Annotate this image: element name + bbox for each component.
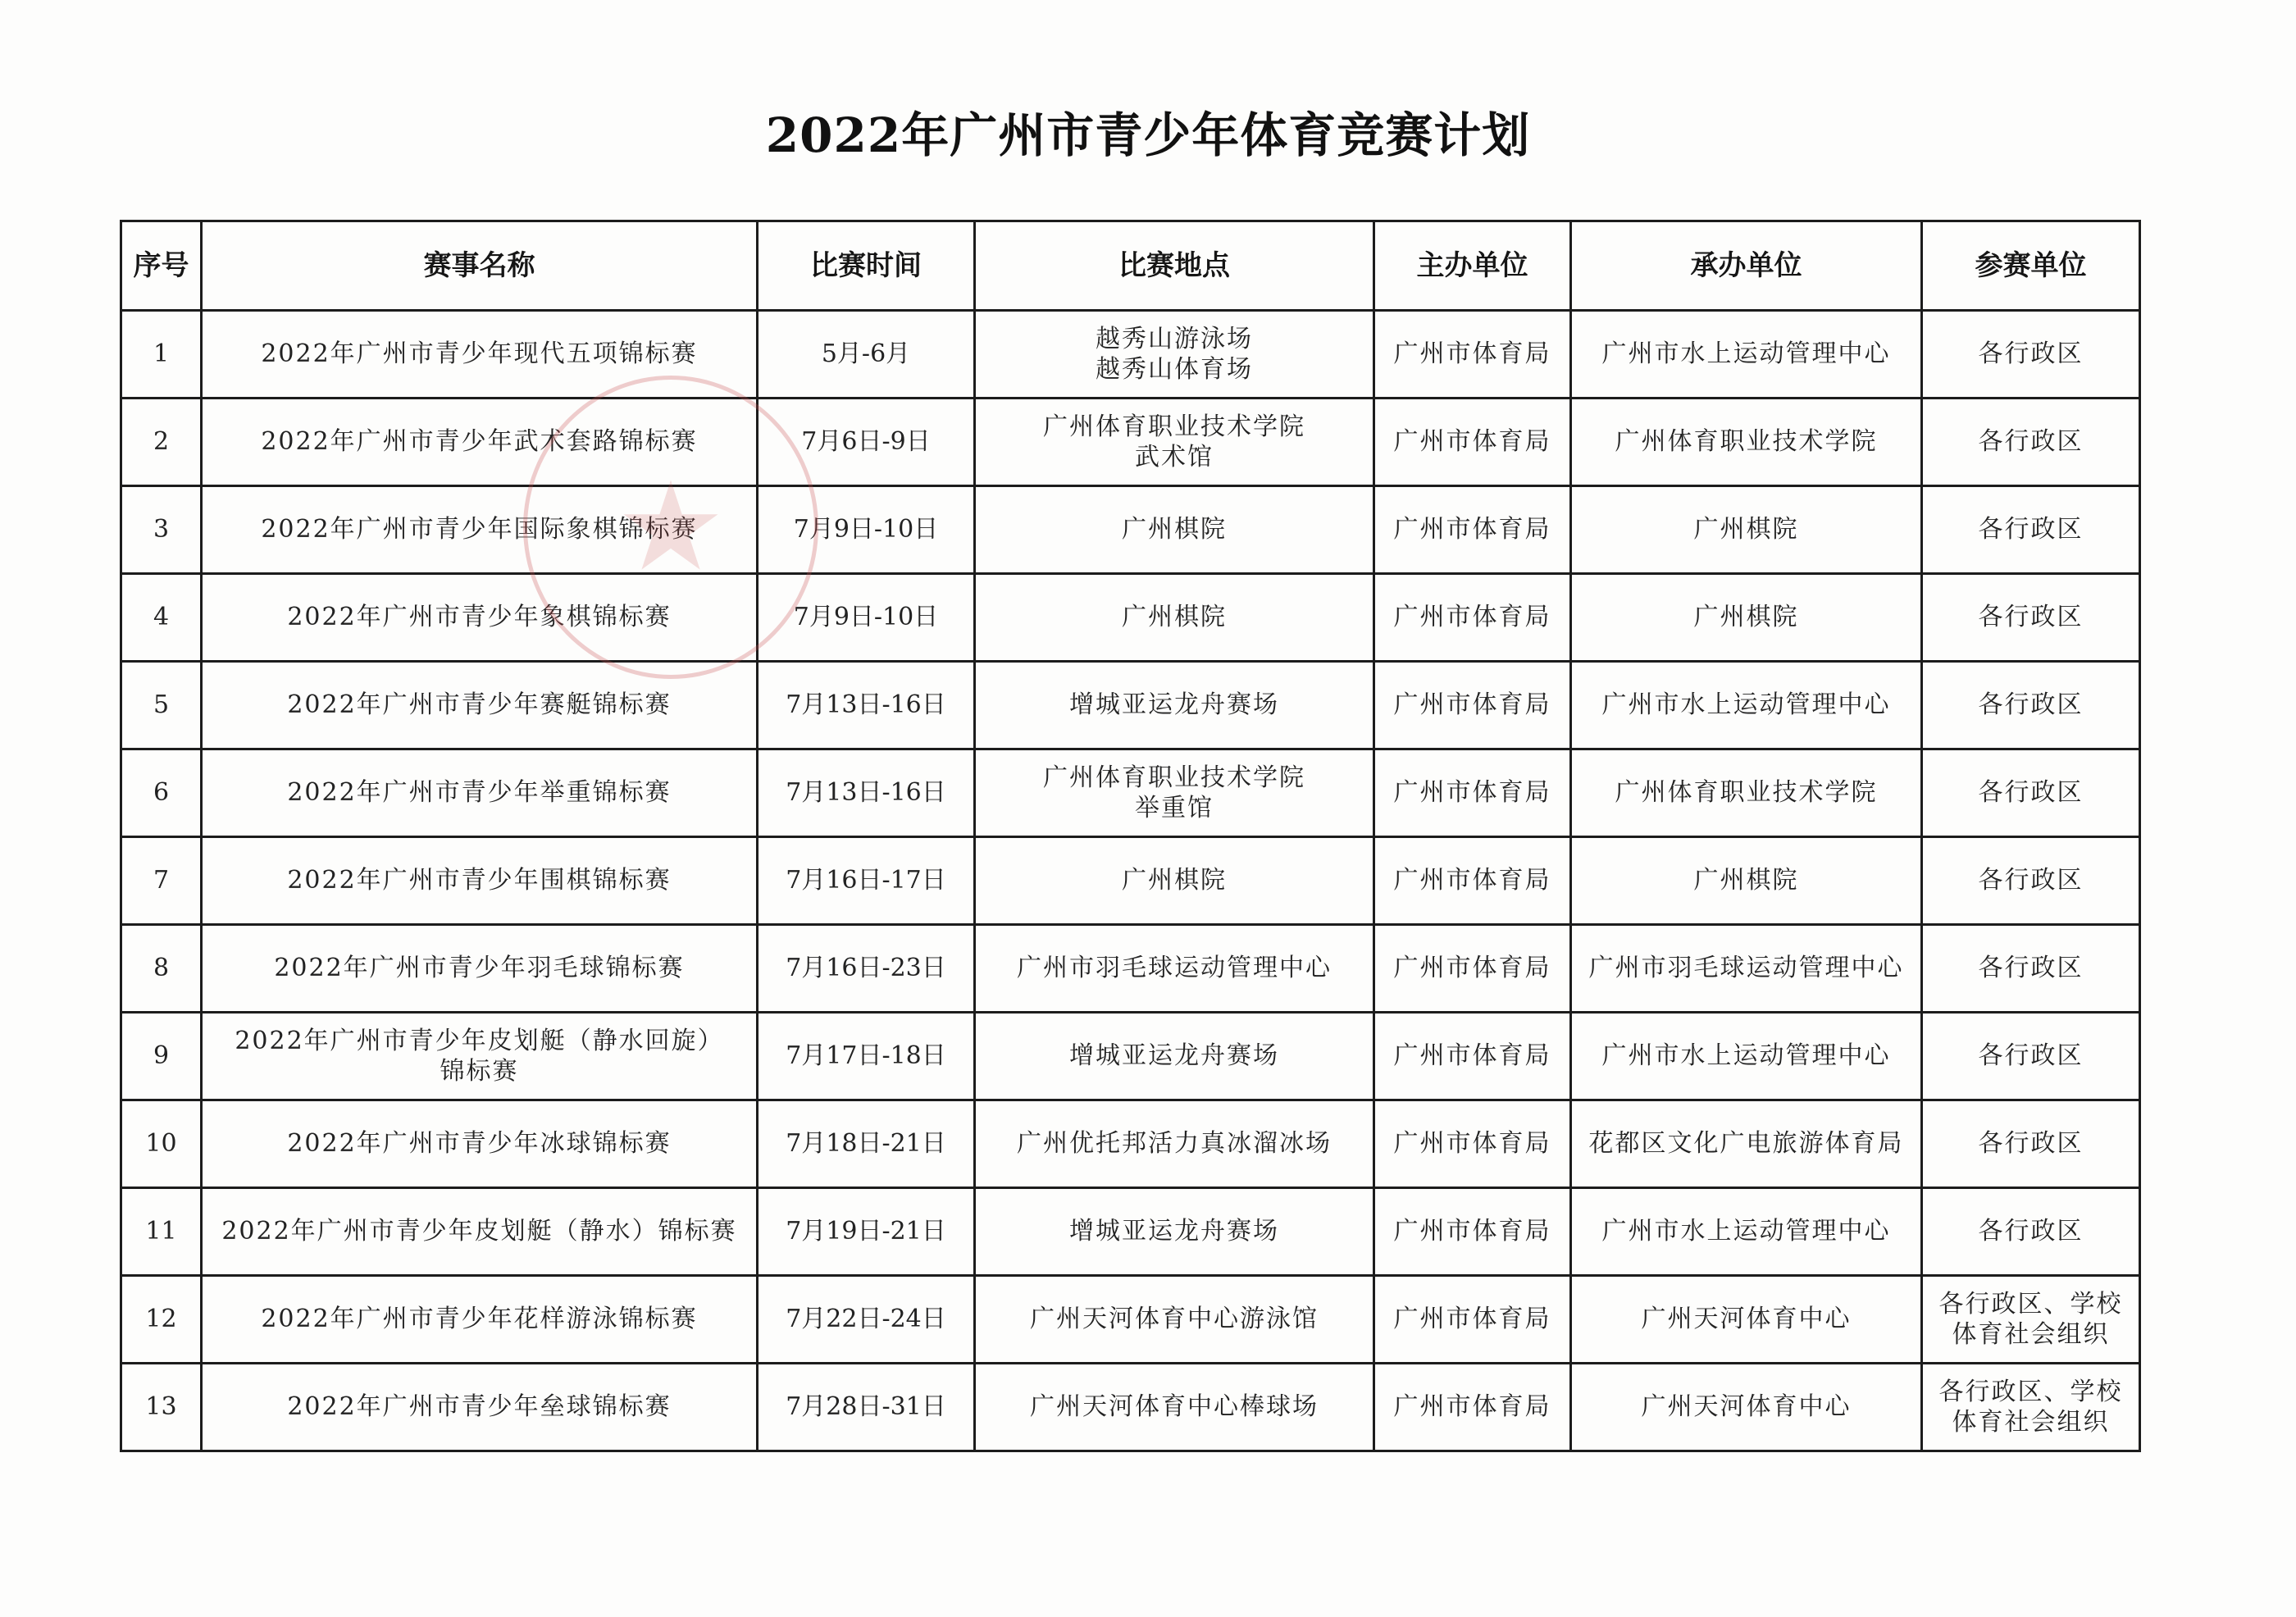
- cell-venue: 越秀山游泳场越秀山体育场: [975, 311, 1374, 399]
- cell-date: 7月17日-18日: [758, 1013, 975, 1100]
- cell-host: 广州天河体育中心: [1571, 1364, 1922, 1451]
- cell-venue-line: 广州体育职业技术学院: [981, 412, 1368, 443]
- cell-date: 7月13日-16日: [758, 662, 975, 749]
- cell-venue: 广州棋院: [975, 574, 1374, 662]
- cell-participants-line: 各行政区: [1928, 1128, 2134, 1159]
- table-row: 82022年广州市青少年羽毛球锦标赛7月16日-23日广州市羽毛球运动管理中心广…: [121, 925, 2140, 1013]
- cell-participants-line: 各行政区: [1928, 339, 2134, 370]
- cell-organizer: 广州市体育局: [1374, 486, 1571, 574]
- cell-date: 7月13日-16日: [758, 749, 975, 837]
- cell-venue: 广州体育职业技术学院武术馆: [975, 399, 1374, 486]
- cell-venue: 广州天河体育中心游泳馆: [975, 1276, 1374, 1364]
- cell-seq: 7: [121, 837, 202, 925]
- cell-event-name: 2022年广州市青少年举重锦标赛: [202, 749, 758, 837]
- cell-event-name-line: 2022年广州市青少年皮划艇（静水）锦标赛: [207, 1216, 751, 1247]
- cell-host: 广州天河体育中心: [1571, 1276, 1922, 1364]
- cell-participants: 各行政区: [1922, 574, 2140, 662]
- header-name: 赛事名称: [202, 221, 758, 311]
- cell-event-name-line: 2022年广州市青少年举重锦标赛: [207, 777, 751, 808]
- cell-event-name: 2022年广州市青少年冰球锦标赛: [202, 1100, 758, 1188]
- cell-participants-line: 各行政区、学校: [1928, 1289, 2134, 1320]
- cell-organizer: 广州市体育局: [1374, 925, 1571, 1013]
- cell-venue-line: 武术馆: [981, 442, 1368, 473]
- cell-venue: 广州棋院: [975, 486, 1374, 574]
- cell-venue: 增城亚运龙舟赛场: [975, 662, 1374, 749]
- cell-date: 7月22日-24日: [758, 1276, 975, 1364]
- cell-host: 广州棋院: [1571, 486, 1922, 574]
- cell-participants: 各行政区、学校体育社会组织: [1922, 1364, 2140, 1451]
- cell-organizer: 广州市体育局: [1374, 749, 1571, 837]
- cell-venue-line: 增城亚运龙舟赛场: [981, 1041, 1368, 1072]
- table-body: 12022年广州市青少年现代五项锦标赛5月-6月越秀山游泳场越秀山体育场广州市体…: [121, 311, 2140, 1451]
- cell-host: 广州棋院: [1571, 574, 1922, 662]
- cell-participants: 各行政区: [1922, 486, 2140, 574]
- cell-participants-line: 各行政区: [1928, 602, 2134, 633]
- cell-event-name: 2022年广州市青少年武术套路锦标赛: [202, 399, 758, 486]
- cell-host: 广州市羽毛球运动管理中心: [1571, 925, 1922, 1013]
- table-row: 22022年广州市青少年武术套路锦标赛7月6日-9日广州体育职业技术学院武术馆广…: [121, 399, 2140, 486]
- cell-seq: 8: [121, 925, 202, 1013]
- cell-organizer: 广州市体育局: [1374, 1188, 1571, 1276]
- cell-participants-line: 体育社会组织: [1928, 1407, 2134, 1438]
- header-seq: 序号: [121, 221, 202, 311]
- cell-seq: 6: [121, 749, 202, 837]
- cell-event-name: 2022年广州市青少年象棋锦标赛: [202, 574, 758, 662]
- cell-venue-line: 越秀山游泳场: [981, 324, 1368, 355]
- cell-participants-line: 各行政区: [1928, 865, 2134, 896]
- cell-venue: 广州体育职业技术学院举重馆: [975, 749, 1374, 837]
- cell-seq: 4: [121, 574, 202, 662]
- table-row: 92022年广州市青少年皮划艇（静水回旋）锦标赛7月17日-18日增城亚运龙舟赛…: [121, 1013, 2140, 1100]
- page-title: 2022年广州市青少年体育竞赛计划: [0, 97, 2296, 166]
- cell-organizer: 广州市体育局: [1374, 574, 1571, 662]
- cell-venue-line: 广州体育职业技术学院: [981, 763, 1368, 794]
- cell-host: 广州棋院: [1571, 837, 1922, 925]
- cell-participants: 各行政区: [1922, 399, 2140, 486]
- cell-venue-line: 增城亚运龙舟赛场: [981, 1216, 1368, 1247]
- table-row: 112022年广州市青少年皮划艇（静水）锦标赛7月19日-21日增城亚运龙舟赛场…: [121, 1188, 2140, 1276]
- cell-date: 7月9日-10日: [758, 486, 975, 574]
- cell-host: 广州体育职业技术学院: [1571, 399, 1922, 486]
- cell-participants-line: 体育社会组织: [1928, 1319, 2134, 1351]
- cell-seq: 2: [121, 399, 202, 486]
- header-organizer: 主办单位: [1374, 221, 1571, 311]
- cell-participants: 各行政区: [1922, 749, 2140, 837]
- cell-venue-line: 广州棋院: [981, 514, 1368, 545]
- cell-host: 花都区文化广电旅游体育局: [1571, 1100, 1922, 1188]
- document-page: 2022年广州市青少年体育竞赛计划 序号 赛事名称 比赛时间 比赛地点 主办单位…: [0, 0, 2296, 1617]
- cell-seq: 12: [121, 1276, 202, 1364]
- cell-event-name: 2022年广州市青少年花样游泳锦标赛: [202, 1276, 758, 1364]
- cell-participants: 各行政区、学校体育社会组织: [1922, 1276, 2140, 1364]
- header-participants: 参赛单位: [1922, 221, 2140, 311]
- cell-event-name-line: 2022年广州市青少年武术套路锦标赛: [207, 426, 751, 458]
- cell-seq: 1: [121, 311, 202, 399]
- cell-participants: 各行政区: [1922, 1188, 2140, 1276]
- cell-participants: 各行政区: [1922, 837, 2140, 925]
- cell-event-name-line: 2022年广州市青少年围棋锦标赛: [207, 865, 751, 896]
- cell-host: 广州市水上运动管理中心: [1571, 662, 1922, 749]
- cell-event-name-line: 2022年广州市青少年垒球锦标赛: [207, 1392, 751, 1423]
- cell-venue: 增城亚运龙舟赛场: [975, 1013, 1374, 1100]
- cell-venue: 广州市羽毛球运动管理中心: [975, 925, 1374, 1013]
- table-row: 72022年广州市青少年围棋锦标赛7月16日-17日广州棋院广州市体育局广州棋院…: [121, 837, 2140, 925]
- cell-venue-line: 广州天河体育中心棒球场: [981, 1392, 1368, 1423]
- cell-venue-line: 广州市羽毛球运动管理中心: [981, 953, 1368, 984]
- cell-venue-line: 广州天河体育中心游泳馆: [981, 1304, 1368, 1335]
- cell-participants: 各行政区: [1922, 311, 2140, 399]
- cell-host: 广州市水上运动管理中心: [1571, 1013, 1922, 1100]
- cell-organizer: 广州市体育局: [1374, 1364, 1571, 1451]
- table-row: 102022年广州市青少年冰球锦标赛7月18日-21日广州优托邦活力真冰溜冰场广…: [121, 1100, 2140, 1188]
- header-venue: 比赛地点: [975, 221, 1374, 311]
- cell-venue-line: 广州优托邦活力真冰溜冰场: [981, 1128, 1368, 1159]
- cell-participants-line: 各行政区、学校: [1928, 1377, 2134, 1408]
- cell-participants-line: 各行政区: [1928, 1041, 2134, 1072]
- cell-event-name-line: 2022年广州市青少年象棋锦标赛: [207, 602, 751, 633]
- cell-participants: 各行政区: [1922, 662, 2140, 749]
- table-row: 12022年广州市青少年现代五项锦标赛5月-6月越秀山游泳场越秀山体育场广州市体…: [121, 311, 2140, 399]
- cell-organizer: 广州市体育局: [1374, 311, 1571, 399]
- cell-event-name-line: 锦标赛: [207, 1056, 751, 1087]
- table-row: 42022年广州市青少年象棋锦标赛7月9日-10日广州棋院广州市体育局广州棋院各…: [121, 574, 2140, 662]
- cell-participants-line: 各行政区: [1928, 690, 2134, 721]
- cell-venue: 广州优托邦活力真冰溜冰场: [975, 1100, 1374, 1188]
- cell-seq: 10: [121, 1100, 202, 1188]
- cell-event-name-line: 2022年广州市青少年冰球锦标赛: [207, 1128, 751, 1159]
- cell-organizer: 广州市体育局: [1374, 399, 1571, 486]
- cell-date: 7月16日-17日: [758, 837, 975, 925]
- cell-event-name: 2022年广州市青少年国际象棋锦标赛: [202, 486, 758, 574]
- cell-event-name-line: 2022年广州市青少年羽毛球锦标赛: [207, 953, 751, 984]
- cell-participants: 各行政区: [1922, 1100, 2140, 1188]
- cell-participants-line: 各行政区: [1928, 426, 2134, 458]
- table-row: 52022年广州市青少年赛艇锦标赛7月13日-16日增城亚运龙舟赛场广州市体育局…: [121, 662, 2140, 749]
- cell-organizer: 广州市体育局: [1374, 1276, 1571, 1364]
- cell-event-name-line: 2022年广州市青少年花样游泳锦标赛: [207, 1304, 751, 1335]
- cell-event-name: 2022年广州市青少年皮划艇（静水回旋）锦标赛: [202, 1013, 758, 1100]
- cell-event-name-line: 2022年广州市青少年国际象棋锦标赛: [207, 514, 751, 545]
- cell-date: 7月6日-9日: [758, 399, 975, 486]
- cell-venue-line: 增城亚运龙舟赛场: [981, 690, 1368, 721]
- cell-host: 广州市水上运动管理中心: [1571, 1188, 1922, 1276]
- cell-participants-line: 各行政区: [1928, 1216, 2134, 1247]
- header-host: 承办单位: [1571, 221, 1922, 311]
- cell-host: 广州市水上运动管理中心: [1571, 311, 1922, 399]
- table-row: 62022年广州市青少年举重锦标赛7月13日-16日广州体育职业技术学院举重馆广…: [121, 749, 2140, 837]
- cell-participants-line: 各行政区: [1928, 514, 2134, 545]
- cell-organizer: 广州市体育局: [1374, 1013, 1571, 1100]
- cell-event-name-line: 2022年广州市青少年赛艇锦标赛: [207, 690, 751, 721]
- cell-venue: 增城亚运龙舟赛场: [975, 1188, 1374, 1276]
- cell-seq: 13: [121, 1364, 202, 1451]
- table-row: 32022年广州市青少年国际象棋锦标赛7月9日-10日广州棋院广州市体育局广州棋…: [121, 486, 2140, 574]
- cell-date: 7月28日-31日: [758, 1364, 975, 1451]
- cell-seq: 3: [121, 486, 202, 574]
- cell-seq: 11: [121, 1188, 202, 1276]
- table-row: 132022年广州市青少年垒球锦标赛7月28日-31日广州天河体育中心棒球场广州…: [121, 1364, 2140, 1451]
- cell-date: 7月9日-10日: [758, 574, 975, 662]
- cell-event-name: 2022年广州市青少年围棋锦标赛: [202, 837, 758, 925]
- cell-event-name: 2022年广州市青少年赛艇锦标赛: [202, 662, 758, 749]
- cell-venue-line: 广州棋院: [981, 602, 1368, 633]
- cell-venue: 广州棋院: [975, 837, 1374, 925]
- cell-event-name: 2022年广州市青少年垒球锦标赛: [202, 1364, 758, 1451]
- header-date: 比赛时间: [758, 221, 975, 311]
- table-header-row: 序号 赛事名称 比赛时间 比赛地点 主办单位 承办单位 参赛单位: [121, 221, 2140, 311]
- competition-plan-table: 序号 赛事名称 比赛时间 比赛地点 主办单位 承办单位 参赛单位 12022年广…: [120, 220, 2141, 1452]
- cell-participants-line: 各行政区: [1928, 953, 2134, 984]
- cell-event-name-line: 2022年广州市青少年皮划艇（静水回旋）: [207, 1026, 751, 1057]
- cell-venue-line: 广州棋院: [981, 865, 1368, 896]
- cell-event-name: 2022年广州市青少年皮划艇（静水）锦标赛: [202, 1188, 758, 1276]
- cell-venue-line: 举重馆: [981, 793, 1368, 824]
- cell-organizer: 广州市体育局: [1374, 662, 1571, 749]
- cell-participants: 各行政区: [1922, 925, 2140, 1013]
- table-row: 122022年广州市青少年花样游泳锦标赛7月22日-24日广州天河体育中心游泳馆…: [121, 1276, 2140, 1364]
- cell-host: 广州体育职业技术学院: [1571, 749, 1922, 837]
- cell-date: 7月19日-21日: [758, 1188, 975, 1276]
- cell-event-name-line: 2022年广州市青少年现代五项锦标赛: [207, 339, 751, 370]
- cell-venue-line: 越秀山体育场: [981, 354, 1368, 385]
- cell-event-name: 2022年广州市青少年羽毛球锦标赛: [202, 925, 758, 1013]
- cell-date: 7月16日-23日: [758, 925, 975, 1013]
- cell-event-name: 2022年广州市青少年现代五项锦标赛: [202, 311, 758, 399]
- cell-organizer: 广州市体育局: [1374, 837, 1571, 925]
- cell-date: 5月-6月: [758, 311, 975, 399]
- cell-seq: 5: [121, 662, 202, 749]
- cell-venue: 广州天河体育中心棒球场: [975, 1364, 1374, 1451]
- cell-date: 7月18日-21日: [758, 1100, 975, 1188]
- cell-participants: 各行政区: [1922, 1013, 2140, 1100]
- cell-organizer: 广州市体育局: [1374, 1100, 1571, 1188]
- cell-seq: 9: [121, 1013, 202, 1100]
- cell-participants-line: 各行政区: [1928, 777, 2134, 808]
